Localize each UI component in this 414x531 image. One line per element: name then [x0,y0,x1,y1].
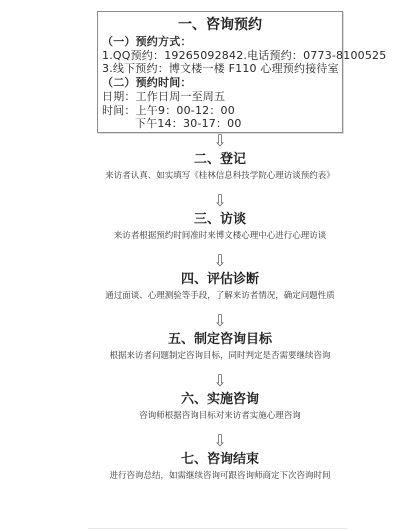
step-title: 七、咨询结束 [97,451,343,469]
step-description: 进行咨询总结，如需继续咨询可跟咨询师商定下次咨询时间 [97,470,343,483]
step-title: 二、登记 [97,151,343,169]
counseling-flowchart: 一、咨询预约 （一）预约方式： 1.QQ预约：1926509284 2.电话预约… [0,0,414,531]
step-box-registration: 二、登记 来访者认真、如实填写《桂林信息科技学院心理访谈预约表》 [97,148,343,193]
phone-appointment-text: 2.电话预约：0773-8100525 [236,49,386,63]
step-description: 根据来访者问题制定咨询目标，同时判定是否需要继续咨询 [97,350,343,363]
step-description: 通过面谈、心理测验等手段，了解来访者情况，确定问题性质 [97,290,343,303]
flowchart-column: 一、咨询预约 （一）预约方式： 1.QQ预约：1926509284 2.电话预约… [97,11,343,495]
qq-appointment-text: 1.QQ预约：1926509284 [102,49,236,63]
step-title: 四、评估诊断 [97,271,343,289]
step-box-goal-setting: 五、制定咨询目标 根据来访者问题制定咨询目标，同时判定是否需要继续咨询 [97,328,343,373]
step-box-conclusion: 七、咨询结束 进行咨询总结，如需继续咨询可跟咨询师商定下次咨询时间 [97,448,343,495]
flow-connector: ⇩ [97,313,343,328]
step-title: 六、实施咨询 [97,391,343,409]
page-edge-line [88,528,348,529]
step-description: 来访者根据预约时间准时来博文楼心理中心进行心理访谈 [97,230,343,243]
appointment-date-text: 日期：工作日周一至周五 [102,90,338,104]
step-title: 三、访谈 [97,211,343,229]
step-title: 一、咨询预约 [102,15,338,35]
step-box-counseling: 六、实施咨询 咨询师根据咨询目标对来访者实施心理咨询 [97,388,343,433]
flow-connector: ⇩ [97,373,343,388]
down-arrow-icon: ⇩ [213,373,226,388]
down-arrow-icon: ⇩ [213,313,226,328]
step-box-appointment: 一、咨询预约 （一）预约方式： 1.QQ预约：1926509284 2.电话预约… [97,11,343,133]
appointment-contact-line: 1.QQ预约：1926509284 2.电话预约：0773-8100525 [102,49,338,63]
down-arrow-icon: ⇩ [213,193,226,208]
appointment-time-heading: （二）预约时间： [102,76,338,90]
flow-connector: ⇩ [97,193,343,208]
step-box-assessment: 四、评估诊断 通过面谈、心理测验等手段，了解来访者情况，确定问题性质 [97,268,343,313]
appointment-method-heading: （一）预约方式： [102,35,338,49]
down-arrow-icon: ⇩ [213,133,226,148]
step-description: 来访者认真、如实填写《桂林信息科技学院心理访谈预约表》 [97,170,343,183]
step-title: 五、制定咨询目标 [97,331,343,349]
step-box-interview: 三、访谈 来访者根据预约时间准时来博文楼心理中心进行心理访谈 [97,208,343,253]
flow-connector: ⇩ [97,433,343,448]
down-arrow-icon: ⇩ [213,433,226,448]
step-description: 咨询师根据咨询目标对来访者实施心理咨询 [97,410,343,423]
offline-appointment-text: 3.线下预约：博文楼一楼 F110 心理预约接待室 [102,62,338,76]
flow-connector: ⇩ [97,133,343,148]
appointment-time-am-text: 时间：上午9：00-12：00 [102,104,338,118]
appointment-time-pm-text: 下午14：30-17：00 [102,117,338,131]
flow-connector: ⇩ [97,253,343,268]
down-arrow-icon: ⇩ [213,253,226,268]
